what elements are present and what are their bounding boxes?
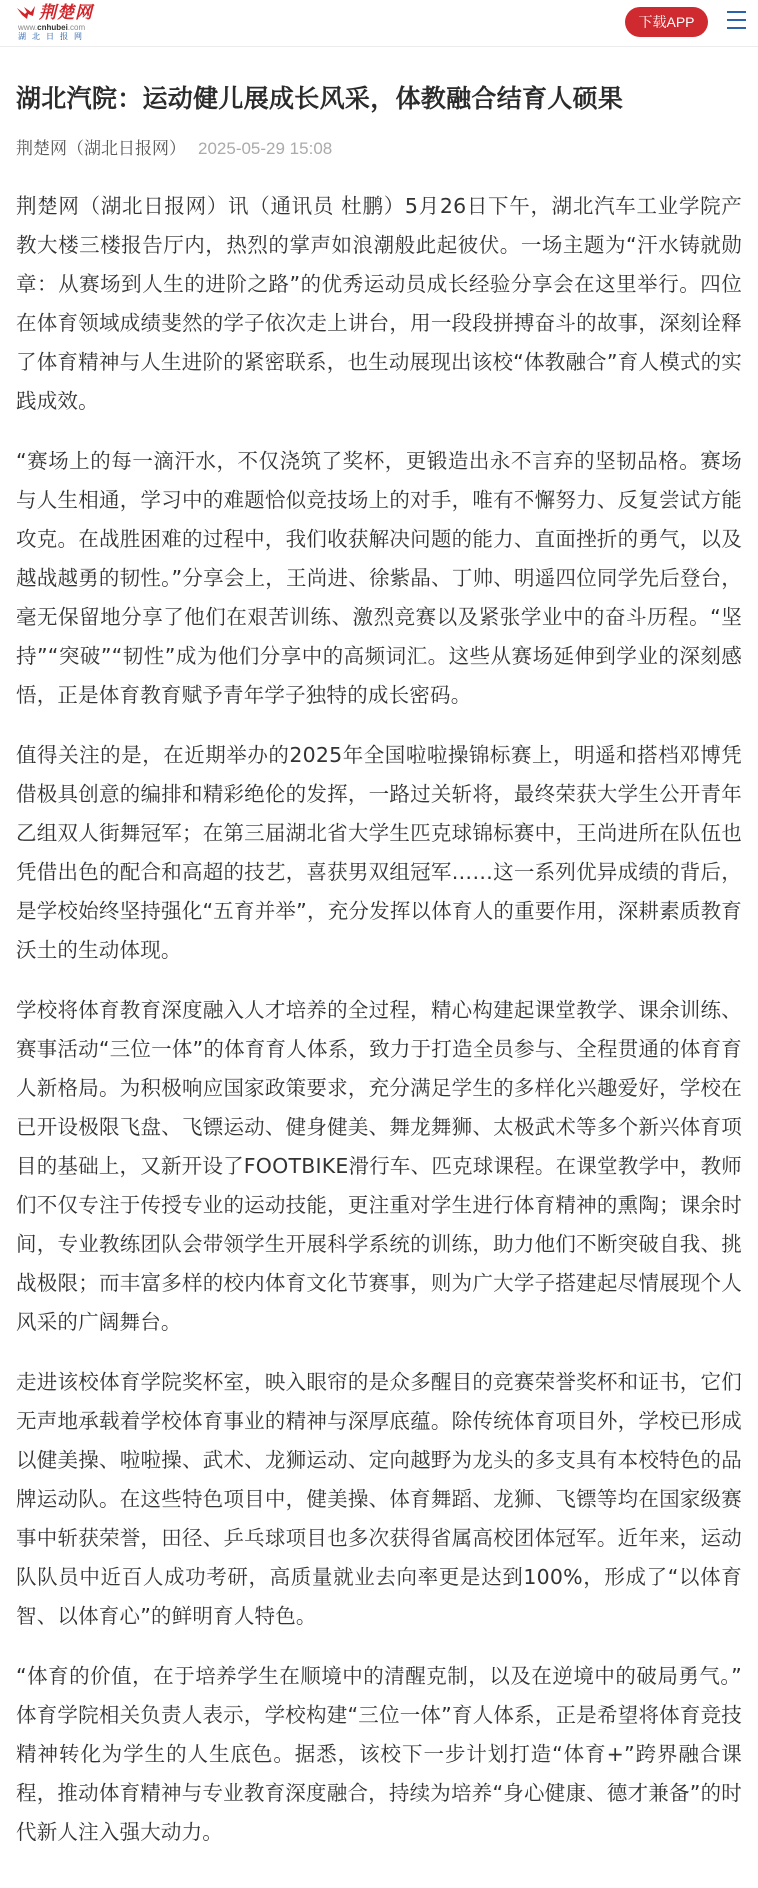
logo-url-domain: cnhubei bbox=[37, 23, 68, 32]
article-paragraph: 值得关注的是，在近期举办的2025年全国啦啦操锦标赛上，明遥和搭档邓博凭借极具创… bbox=[16, 736, 742, 970]
logo-top-row: 荆楚网 bbox=[16, 3, 102, 23]
article-paragraph: 荆楚网（湖北日报网）讯（通讯员 杜鹏）5月26日下午，湖北汽车工业学院产教大楼三… bbox=[16, 187, 742, 421]
article-title: 湖北汽院：运动健儿展成长风采，体教融合结育人硕果 bbox=[16, 47, 742, 115]
logo-url-suffix: .com bbox=[68, 23, 85, 32]
logo-url: www.cnhubei.com bbox=[18, 23, 102, 32]
site-logo[interactable]: 荆楚网 www.cnhubei.com 湖北日报网 bbox=[16, 3, 102, 43]
hamburger-menu-icon[interactable] bbox=[727, 11, 746, 31]
article-meta: 荆楚网（湖北日报网）2025-05-29 15:08 bbox=[16, 137, 742, 161]
menu-bar bbox=[727, 19, 746, 21]
logo-name: 荆楚网 bbox=[39, 4, 93, 22]
menu-bar bbox=[727, 11, 746, 13]
article-paragraph: “赛场上的每一滴汗水，不仅浇筑了奖杯，更锻造出永不言弃的坚韧品格。赛场与人生相通… bbox=[16, 442, 742, 715]
site-header: 荆楚网 www.cnhubei.com 湖北日报网 下载APP bbox=[0, 0, 758, 47]
logo-subtitle: 湖北日报网 bbox=[18, 32, 102, 42]
logo-url-prefix: www. bbox=[18, 23, 37, 32]
article-paragraph: “体育的价值，在于培养学生在顺境中的清醒克制，以及在逆境中的破局勇气。” 体育学… bbox=[16, 1657, 742, 1852]
article-date: 2025-05-29 15:08 bbox=[198, 139, 332, 158]
menu-bar bbox=[727, 27, 746, 29]
article-body: 荆楚网（湖北日报网）讯（通讯员 杜鹏）5月26日下午，湖北汽车工业学院产教大楼三… bbox=[16, 187, 742, 1852]
article: 湖北汽院：运动健儿展成长风采，体教融合结育人硕果 荆楚网（湖北日报网）2025-… bbox=[0, 47, 758, 1852]
article-paragraph: 走进该校体育学院奖杯室，映入眼帘的是众多醒目的竞赛荣誉奖杯和证书，它们无声地承载… bbox=[16, 1363, 742, 1636]
logo-bird-icon bbox=[16, 5, 38, 21]
article-paragraph: 学校将体育教育深度融入人才培养的全过程，精心构建起课堂教学、课余训练、赛事活动“… bbox=[16, 991, 742, 1342]
download-app-button[interactable]: 下载APP bbox=[625, 7, 708, 37]
article-source: 荆楚网（湖北日报网） bbox=[16, 139, 186, 159]
